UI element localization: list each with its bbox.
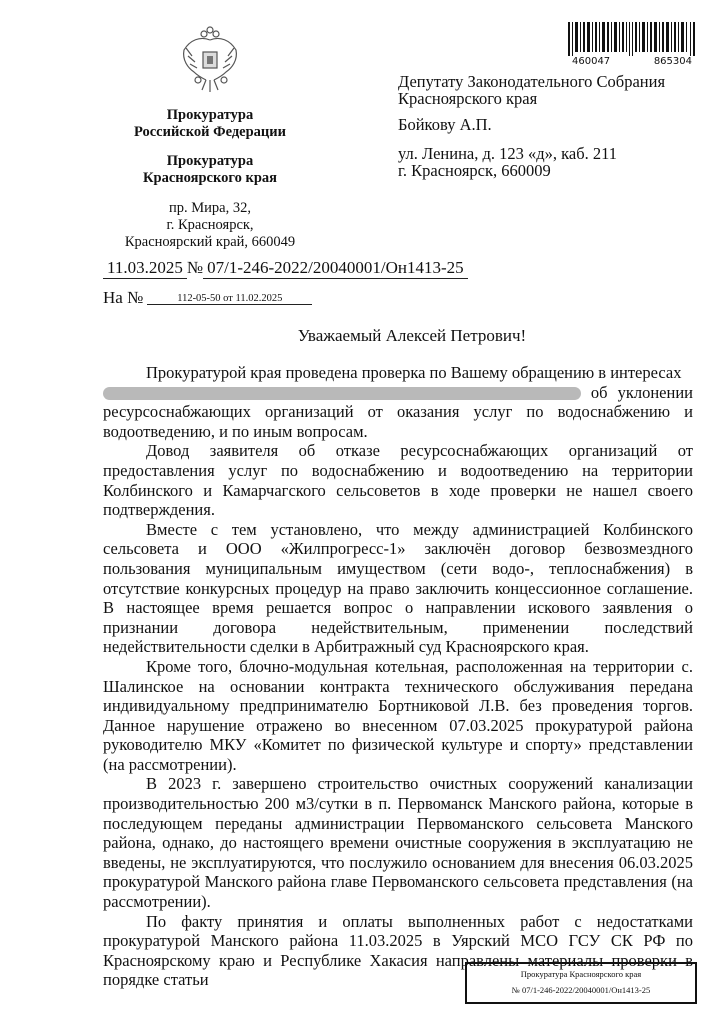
sender-org-line: Прокуратура [100,153,320,170]
recipient-address: ул. Ленина, д. 123 «д», каб. 211 г. Крас… [398,145,617,179]
sender-address-line: Красноярский край, 660049 [100,234,320,251]
sender-org-line: Прокуратура [100,107,320,124]
sender-org-line: Красноярского края [100,170,320,187]
sender-org-regional: Прокуратура Красноярского края [100,153,320,187]
barcode-number: 460047 865304 [568,56,696,67]
registration-stamp: Прокуратура Красноярского края № 07/1-24… [465,962,697,1004]
reply-to-value: 112-05-50 от 11.02.2025 [147,293,312,305]
sender-org-federal: Прокуратура Российской Федерации [100,107,320,141]
paragraph-1-start: Прокуратурой края проведена проверка по … [103,363,693,383]
paragraph-5: В 2023 г. завершено строительство очистн… [103,774,693,911]
paragraph-4: Кроме того, блочно-модульная котельная, … [103,657,693,775]
sender-address: пр. Мира, 32, г. Красноярск, Красноярски… [100,200,320,251]
paragraph-3: Вместе с тем установлено, что между адми… [103,520,693,657]
sender-address-line: г. Красноярск, [100,217,320,234]
recipient-address-line: г. Красноярск, 660009 [398,162,617,179]
letter-body: Прокуратурой края проведена проверка по … [103,363,693,990]
sender-address-line: пр. Мира, 32, [100,200,320,217]
paragraph-1-after-redaction: об уклонении [591,383,693,403]
paragraph-1-end: ресурсоснабжающих организаций от оказани… [103,402,693,441]
salutation: Уважаемый Алексей Петрович! [0,326,724,346]
number-sign: № [187,258,203,277]
barcode-left-digits: 460047 [572,56,610,67]
redacted-line: об уклонении [103,383,693,403]
barcode-right-digits: 865304 [654,56,692,67]
recipient-title: Депутату Законодательного Собрания Красн… [398,73,665,107]
registration-number: 07/1-246-2022/20040001/Он1413-25 [203,258,468,279]
stamp-number: № 07/1-246-2022/20040001/Он1413-25 [467,982,695,998]
barcode [568,22,696,56]
redaction-bar [103,387,581,400]
recipient-name: Бойкову А.П. [398,116,492,133]
stamp-org: Прокуратура Красноярского края [467,966,695,982]
reply-to-label: На № [103,288,143,307]
recipient-address-line: ул. Ленина, д. 123 «д», каб. 211 [398,145,617,162]
paragraph-2: Довод заявителя об отказе ресурсоснабжаю… [103,441,693,519]
registration-line: 11.03.2025№07/1-246-2022/20040001/Он1413… [103,258,486,279]
recipient-title-line: Красноярского края [398,90,665,107]
registration-date: 11.03.2025 [103,258,187,279]
sender-org-line: Российской Федерации [100,124,320,141]
recipient-title-line: Депутату Законодательного Собрания [398,73,665,90]
reply-to-line: На №112-05-50 от 11.02.2025 [103,288,312,308]
russian-coat-of-arms-icon [178,26,242,94]
